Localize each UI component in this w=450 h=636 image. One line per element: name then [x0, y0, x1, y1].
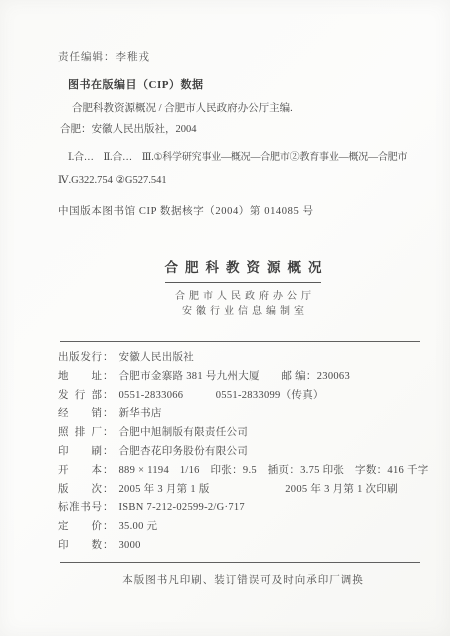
- book-title-block: 合肥科教资源概况 合肥市人民政府办公厅 安徽行业信息编制室: [0, 256, 450, 319]
- colophon-row: 印刷：合肥杏花印务股份有限公司: [58, 443, 426, 462]
- colophon-row-label: 照排厂: [58, 424, 102, 439]
- colophon-row-value: 合肥市金寨路 381 号九州大厦 邮 编：230063: [119, 371, 351, 382]
- colophon-row-separator: ：: [103, 390, 114, 401]
- colophon-row: 标准书号：ISBN 7-212-02599-2/G·717: [58, 499, 426, 518]
- colophon-row-value: 合肥中旭制版有限责任公司: [119, 427, 249, 438]
- colophon-row-separator: ：: [103, 352, 114, 363]
- book-title: 合肥科教资源概况: [165, 256, 329, 276]
- colophon-row: 定价：35.00 元: [58, 518, 426, 537]
- colophon-row-value: 2005 年 3 月第 1 版 2005 年 3 月第 1 次印刷: [119, 484, 398, 495]
- colophon-row-separator: ：: [103, 484, 114, 495]
- colophon-row: 开本：889 × 1194 1/16 印张：9.5 插页：3.75 印张 字数：…: [58, 462, 426, 481]
- colophon-row-separator: ：: [103, 540, 114, 551]
- notice-divider: [60, 562, 420, 563]
- colophon-row-label: 发行部: [58, 387, 102, 402]
- colophon-row-label: 出版发行: [58, 349, 102, 364]
- colophon-row-value: 3000: [119, 540, 141, 551]
- colophon-row: 照排厂：合肥中旭制版有限责任公司: [58, 424, 426, 443]
- cip-classification-line-1: Ⅰ.合… Ⅱ.合… Ⅲ.①科学研究事业—概况—合肥市②教育事业—概况—合肥市: [68, 152, 423, 165]
- authors-list: 合肥市人民政府办公厅 安徽行业信息编制室: [36, 290, 450, 319]
- responsible-editor-line: 责任编辑：李稚戎: [58, 49, 150, 64]
- author-line: 合肥市人民政府办公厅: [36, 290, 450, 305]
- title-underline: [165, 282, 321, 283]
- colophon-row-separator: ：: [103, 371, 114, 382]
- colophon-row: 印数：3000: [58, 537, 426, 556]
- colophon-row-label: 定价: [58, 518, 102, 533]
- colophon-row-label: 经销: [58, 405, 102, 420]
- colophon-row-label: 印刷: [58, 443, 102, 458]
- colophon-row: 版次：2005 年 3 月第 1 版 2005 年 3 月第 1 次印刷: [58, 481, 426, 500]
- colophon-row-value: 安徽人民出版社: [119, 352, 195, 363]
- cip-data-block: 图书在版编目（CIP）数据 合肥科教资源概况 / 合肥市人民政府办公厅主编. 合…: [58, 79, 423, 218]
- colophon-row-separator: ：: [103, 427, 114, 438]
- colophon-row-value: 35.00 元: [119, 521, 158, 532]
- colophon-row-separator: ：: [103, 446, 114, 457]
- colophon-row-value: 合肥杏花印务股份有限公司: [119, 446, 249, 457]
- colophon-row-value: 0551-2833066 0551-2833099（传真）: [119, 390, 324, 401]
- copyright-page: 责任编辑：李稚戎 图书在版编目（CIP）数据 合肥科教资源概况 / 合肥市人民政…: [0, 0, 450, 636]
- colophon-row-value: ISBN 7-212-02599-2/G·717: [119, 502, 245, 513]
- colophon-row-value: 889 × 1194 1/16 印张：9.5 插页：3.75 印张 字数：416…: [119, 465, 429, 476]
- colophon-row-separator: ：: [103, 408, 114, 419]
- colophon-row-label: 标准书号: [58, 499, 102, 514]
- colophon-row-label: 印数: [58, 537, 102, 552]
- colophon-divider-top: [60, 341, 420, 342]
- colophon-row-label: 开本: [58, 462, 102, 477]
- cip-classification-line-2: Ⅳ.G322.754 ②G527.541: [58, 174, 423, 187]
- colophon-row-label: 版次: [58, 481, 102, 496]
- colophon-row-separator: ：: [103, 465, 114, 476]
- cip-publication-line: 合肥：安徽人民出版社，2004: [60, 123, 423, 136]
- cip-title-statement: 合肥科教资源概况 / 合肥市人民政府办公厅主编.: [72, 102, 423, 115]
- colophon-block: 出版发行：安徽人民出版社 地址：合肥市金寨路 381 号九州大厦 邮 编：230…: [58, 349, 426, 556]
- colophon-row-separator: ：: [103, 502, 114, 513]
- cip-record-number: 中国版本图书馆 CIP 数据核字（2004）第 014085 号: [58, 205, 423, 218]
- colophon-row: 地址：合肥市金寨路 381 号九州大厦 邮 编：230063: [58, 368, 426, 387]
- colophon-row-separator: ：: [103, 521, 114, 532]
- colophon-row: 经销：新华书店: [58, 405, 426, 424]
- reprint-notice: 本版图书凡印刷、装订错误可及时向承印厂调换: [0, 572, 450, 587]
- colophon-row-label: 地址: [58, 368, 102, 383]
- author-line: 安徽行业信息编制室: [36, 305, 450, 320]
- colophon-row-value: 新华书店: [119, 408, 162, 419]
- colophon-row: 出版发行：安徽人民出版社: [58, 349, 426, 368]
- cip-heading: 图书在版编目（CIP）数据: [68, 79, 423, 93]
- colophon-row: 发行部：0551-2833066 0551-2833099（传真）: [58, 387, 426, 406]
